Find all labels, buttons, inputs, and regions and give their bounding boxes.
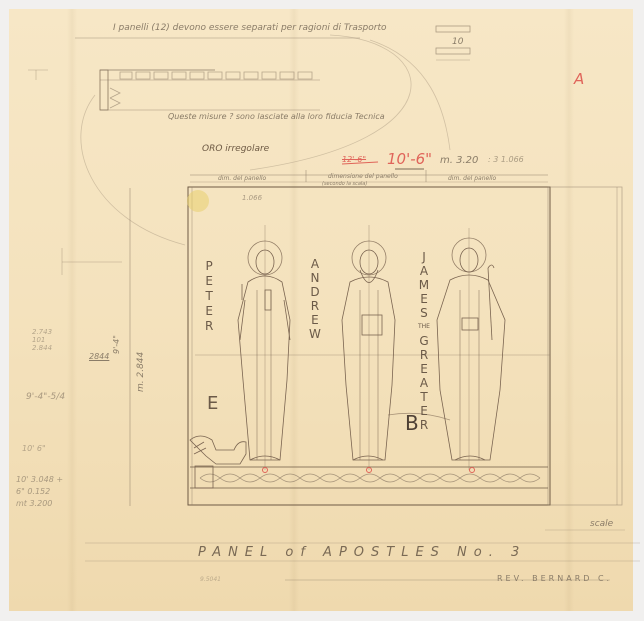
figure-peter — [238, 225, 290, 470]
margin-sum: 10' 3.048 + 6" 0.152 mt 3.200 — [16, 474, 63, 510]
marker-e: E — [207, 393, 218, 414]
label-andrew: ANDREW — [309, 257, 321, 341]
winged-ox-symbol — [190, 436, 246, 488]
dim-left: dim. del panello — [218, 175, 266, 182]
figure-james — [437, 228, 505, 470]
height-ft: 9'-4" — [112, 335, 121, 354]
figure-andrew — [342, 225, 395, 470]
label-james-the-greater: JAMESTHEGREATER — [418, 250, 430, 432]
width-ft: 10'-6" — [387, 150, 432, 168]
section-note: Queste misure ? sono lasciate alla loro … — [168, 112, 385, 121]
dim-center: dimensione del panello — [328, 173, 398, 180]
dim-center-sub: (secondo la scala) — [322, 181, 367, 187]
top-note: I panelli (12) devono essere separati pe… — [113, 23, 387, 33]
drawing-linework — [0, 0, 644, 621]
width-m: m. 3.20 — [440, 155, 478, 166]
height-calc: 2844 — [89, 352, 109, 361]
dim-right: dim. del panello — [448, 175, 496, 182]
left-corner-value: 1.066 — [242, 194, 262, 202]
margin-height-alt: 10' 6" — [22, 444, 46, 453]
sheet-letter: A — [574, 70, 584, 88]
margin-calc-1: 2.743 101 2.844 — [32, 328, 52, 352]
section-detail-dim: 10 — [452, 37, 463, 47]
width-crossed: 12'-6" — [342, 155, 366, 164]
drawing-title: PANEL of APOSTLES No. 3 — [198, 545, 526, 560]
marker-b: B — [405, 411, 419, 435]
ratio: : 3 1.066 — [488, 155, 524, 164]
margin-height-frac: 9'-4"-5/4 — [26, 392, 65, 402]
small-note: 9.5041 — [200, 576, 221, 583]
gold-note: ORO irregolare — [202, 144, 269, 154]
client-name: REV. BERNARD C. — [497, 574, 612, 583]
label-peter: PETER — [205, 259, 213, 334]
height-m: m. 2.844 — [136, 352, 146, 392]
apostle-figures — [190, 225, 505, 488]
scale-label: scale — [590, 519, 613, 529]
